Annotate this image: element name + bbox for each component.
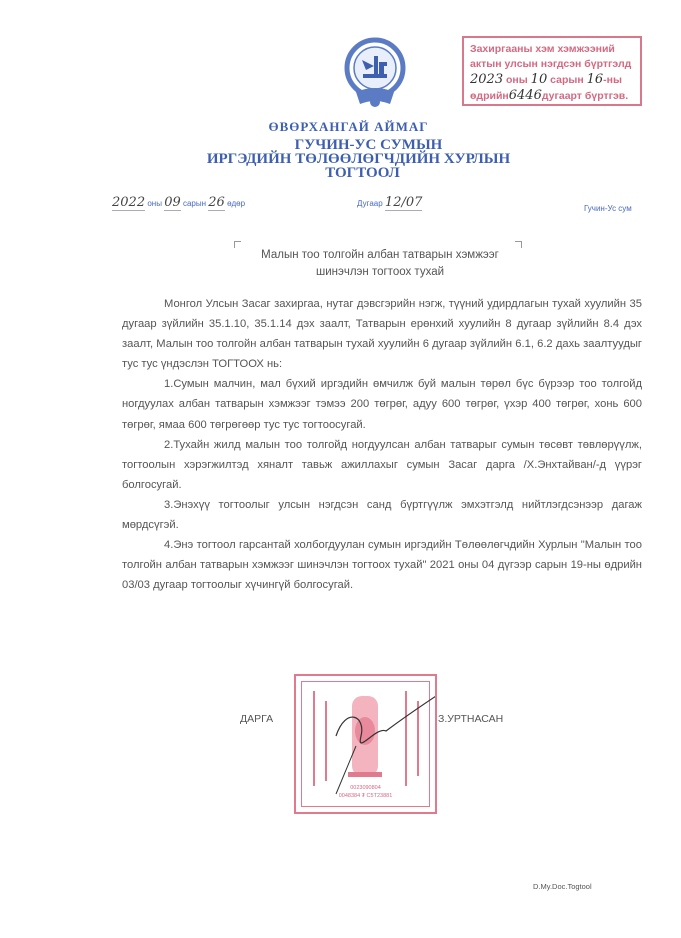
document-type: ТОГТООЛ (22, 165, 681, 182)
document-date: 2022 оны 09 сарын 26 өдөр (112, 195, 245, 210)
stamp-month: 10 (531, 72, 548, 87)
body-paragraph: 2.Тухайн жилд малын тоо толгойд ногдуулс… (122, 435, 642, 495)
body-paragraph: Монгол Улсын Засаг захиргаа, нутаг дэвсг… (122, 294, 642, 374)
body-paragraph: 4.Энэ тогтоол гарсантай холбогдуулан сум… (122, 535, 642, 595)
registration-stamp: Захиргааны хэм хэмжээний актын улсын нэг… (462, 36, 642, 106)
stamp-month-label: сарын (550, 74, 584, 86)
seal-text: 0023090804 0048384 ₮ С5Т23881 (296, 784, 435, 800)
seal-line-2: 0048384 ₮ С5Т23881 (296, 792, 435, 800)
date-day-label: өдөр (227, 199, 245, 208)
seal-line-1: 0023090804 (296, 784, 435, 792)
document-subject: Малын тоо толгойн албан татварын хэмжээг… (220, 247, 540, 281)
date-year: 2022 (112, 195, 145, 211)
number-value: 12/07 (385, 195, 422, 211)
state-emblem-icon (344, 34, 406, 110)
subject-line-2: шинэчлэн тогтоох тухай (220, 264, 540, 281)
date-month-label: сарын (183, 199, 206, 208)
body-paragraph: 3.Энэхүү тогтоолыг улсын нэгдсэн санд бү… (122, 495, 642, 535)
stamp-date-label: өдрийн (470, 90, 509, 102)
stamp-year: 2023 (470, 72, 503, 87)
stamp-line-1: Захиргааны хэм хэмжээний (470, 42, 634, 57)
stamp-day-label: -ны (603, 74, 622, 86)
document-body: Монгол Улсын Засаг захиргаа, нутаг дэвсг… (122, 294, 642, 595)
province-name: ӨВӨРХАНГАЙ АЙМАГ (8, 119, 681, 135)
signatory-title: ДАРГА (240, 713, 273, 725)
signatory-name: З.УРТНАСАН (438, 713, 503, 725)
number-label: Дугаар (357, 199, 383, 208)
stamp-line-4: өдрийн6446дугаарт бүртгэв. (470, 88, 634, 104)
stamp-line-2: актын улсын нэгдсэн бүртгэлд (470, 57, 634, 72)
date-day: 26 (208, 195, 225, 211)
official-seal: 0023090804 0048384 ₮ С5Т23881 (294, 674, 437, 814)
stamp-year-label: оны (506, 74, 528, 86)
stamp-number: 6446 (509, 88, 542, 103)
date-month: 09 (164, 195, 181, 211)
stamp-number-label: дугаарт бүртгэв. (542, 90, 628, 102)
date-year-label: оны (147, 199, 162, 208)
body-paragraph: 1.Сумын малчин, мал бүхий иргэдийн өмчил… (122, 374, 642, 434)
document-place: Гучин-Ус сум (584, 204, 632, 213)
stamp-line-3: 2023 оны 10 сарын 16-ны (470, 72, 634, 88)
document-number: Дугаар 12/07 (357, 195, 422, 210)
footer-code: D.My.Doc.Togtool (533, 882, 592, 891)
stamp-day: 16 (587, 72, 604, 87)
subject-line-1: Малын тоо толгойн албан татварын хэмжээг (220, 247, 540, 264)
